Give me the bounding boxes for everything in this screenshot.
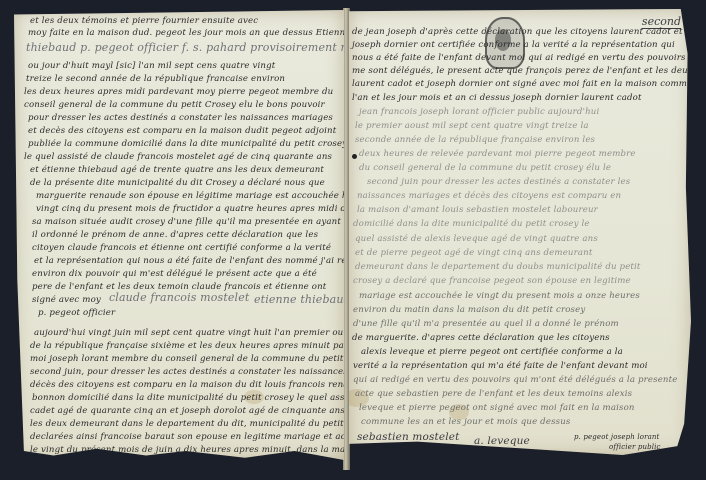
manuscript-line: bonnon domicilié dans la dite municipali…: [32, 393, 344, 403]
manuscript-line: citoyen claude francois et étienne ont c…: [32, 243, 331, 253]
signature: sebastien mostelet: [357, 431, 459, 443]
manuscript-line: treize le second année de la république …: [26, 74, 285, 84]
manuscript-line: conseil general de la commune du petit C…: [24, 100, 325, 110]
manuscript-line: naissances mariages et décès des citoyen…: [357, 191, 621, 201]
signature: claude francois mostelet: [109, 291, 249, 304]
manuscript-line: demeurant dans le departement du doubs m…: [355, 262, 641, 272]
manuscript-line: publiée la commune domicilié dans la dit…: [28, 139, 344, 149]
manuscript-line: seconde année de la république française…: [355, 135, 595, 145]
manuscript-line: declarées ainsi francoise baraut son epo…: [30, 432, 344, 442]
manuscript-line: quel assisté de alexis leveque agé de vi…: [355, 234, 598, 244]
manuscript-line: environ dix pouvoir qui m'est délégué le…: [32, 269, 317, 279]
manuscript-line: et les deux témoins et pierre fournier e…: [30, 16, 258, 26]
manuscript-line: et la représentation qui nous a été fait…: [34, 256, 344, 266]
manuscript-line: domicilié dans la dite municipalité du p…: [353, 219, 590, 229]
manuscript-line: laurent cadot et joseph dornier ont sign…: [352, 79, 691, 89]
manuscript-line: alexis leveque et pierre pegeot ont cert…: [361, 347, 623, 357]
manuscript-line: me sont délégués, le present acte que fr…: [352, 66, 691, 76]
manuscript-line: et étienne thiebaud agé de trente quatre…: [30, 165, 324, 175]
manuscript-line: l'an et les jour mois et an ci dessus jo…: [352, 93, 642, 103]
manuscript-line: second juin, pour dresser les actes dest…: [30, 367, 344, 377]
manuscript-line: p. pegeot officier: [38, 308, 115, 318]
manuscript-line: vingt cinq du present mois de fructidor …: [36, 204, 344, 214]
manuscript-line: crosey a declaré que francoise pegeot so…: [353, 276, 631, 286]
manuscript-line: le premier aoust mil sept cent quatre vi…: [355, 121, 589, 131]
manuscript-line: jean francois joseph lorant officier pub…: [359, 107, 599, 117]
manuscript-line: décès des citoyens est comparu en la mai…: [30, 380, 344, 390]
manuscript-line: joseph dornier ont certifiée conforme a …: [352, 40, 675, 50]
manuscript-line: de la présente dite municipalité du dit …: [30, 178, 325, 188]
book-gutter: [343, 8, 350, 470]
manuscript-line: d'une fille qu'il m'a presentée au quel …: [353, 319, 619, 329]
right-page-text: de jean joseph d'après cette déclaration…: [349, 9, 691, 455]
manuscript-line: nous a été faite de l'enfant devant moi …: [352, 53, 691, 63]
left-page: et les deux témoins et pierre fournier e…: [14, 10, 344, 460]
manuscript-line: thiebaud p. pegeot officier f. s. pahard…: [26, 41, 344, 54]
left-page-text: et les deux témoins et pierre fournier e…: [14, 10, 344, 460]
manuscript-line: la maison d'amant louis sebastien mostel…: [357, 205, 598, 215]
signature: etienne thiebaud: [254, 293, 344, 306]
right-page: second de jean joseph d'après cette décl…: [349, 9, 691, 455]
manuscript-line: aujourd'hui vingt juin mil sept cent qua…: [34, 328, 343, 338]
manuscript-line: environ du matin dans la maison du dit p…: [353, 305, 585, 315]
manuscript-line: les deux demeurant dans le departement d…: [30, 419, 344, 429]
signature: a. leveque: [474, 435, 530, 447]
manuscript-line: de la république française sixième et le…: [30, 341, 344, 351]
manuscript-line: signé avec moy: [32, 295, 101, 305]
manuscript-line: et de pierre pegeot agé de vingt cinq an…: [355, 248, 592, 258]
manuscript-line: acte que sebastien pere de l'enfant et l…: [355, 389, 632, 399]
signature: officier public: [609, 443, 661, 451]
manuscript-line: les deux heures apres midi pardevant moy…: [24, 87, 333, 97]
manuscript-line: du conseil general de la commune du peti…: [359, 163, 611, 173]
manuscript-line: marguerite renaude son épouse en légitim…: [36, 191, 344, 201]
signature: p. pegeot joseph lorant: [574, 433, 660, 441]
manuscript-line: deux heures de relevée pardevant moi pie…: [359, 149, 636, 159]
manuscript-line: pour dresser les actes destinés a consta…: [28, 113, 333, 123]
manuscript-line: moi joseph lorant membre du conseil gene…: [30, 354, 344, 364]
manuscript-line: mariage est accouchée le vingt du presen…: [359, 291, 640, 301]
manuscript-line: verité a la représentation qui m'a été f…: [353, 361, 648, 371]
manuscript-line: le quel assisté de claude francois moste…: [24, 152, 332, 162]
manuscript-line: et decès des citoyens est comparu en la …: [28, 126, 336, 136]
manuscript-line: sa maison située audit crosey d'une fill…: [32, 217, 341, 227]
manuscript-line: leveque et pierre pegeot ont signé avec …: [359, 403, 635, 413]
manuscript-line: de marguerite. d'apres cette déclaration…: [352, 333, 610, 343]
manuscript-line: qui ai redigé en vertu des pouvoirs qui …: [353, 375, 677, 385]
manuscript-line: second juin pour dresser les actes desti…: [367, 177, 630, 187]
manuscript-line: ou jour d'huit mayl [sic] l'an mil sept …: [28, 61, 275, 71]
manuscript-line: de jean joseph d'après cette déclaration…: [352, 27, 683, 37]
manuscript-line: il ordonné le prénom de anne. d'apres ce…: [32, 230, 318, 240]
manuscript-line: le vingt du présent mois de juin a dix h…: [30, 445, 344, 455]
manuscript-line: cadet agé de quarante cinq an et joseph …: [30, 406, 344, 416]
manuscript-line: commune les an et les jour et mois que d…: [361, 417, 570, 427]
manuscript-line: moy faite en la maison dud. pegeot les j…: [28, 28, 344, 38]
